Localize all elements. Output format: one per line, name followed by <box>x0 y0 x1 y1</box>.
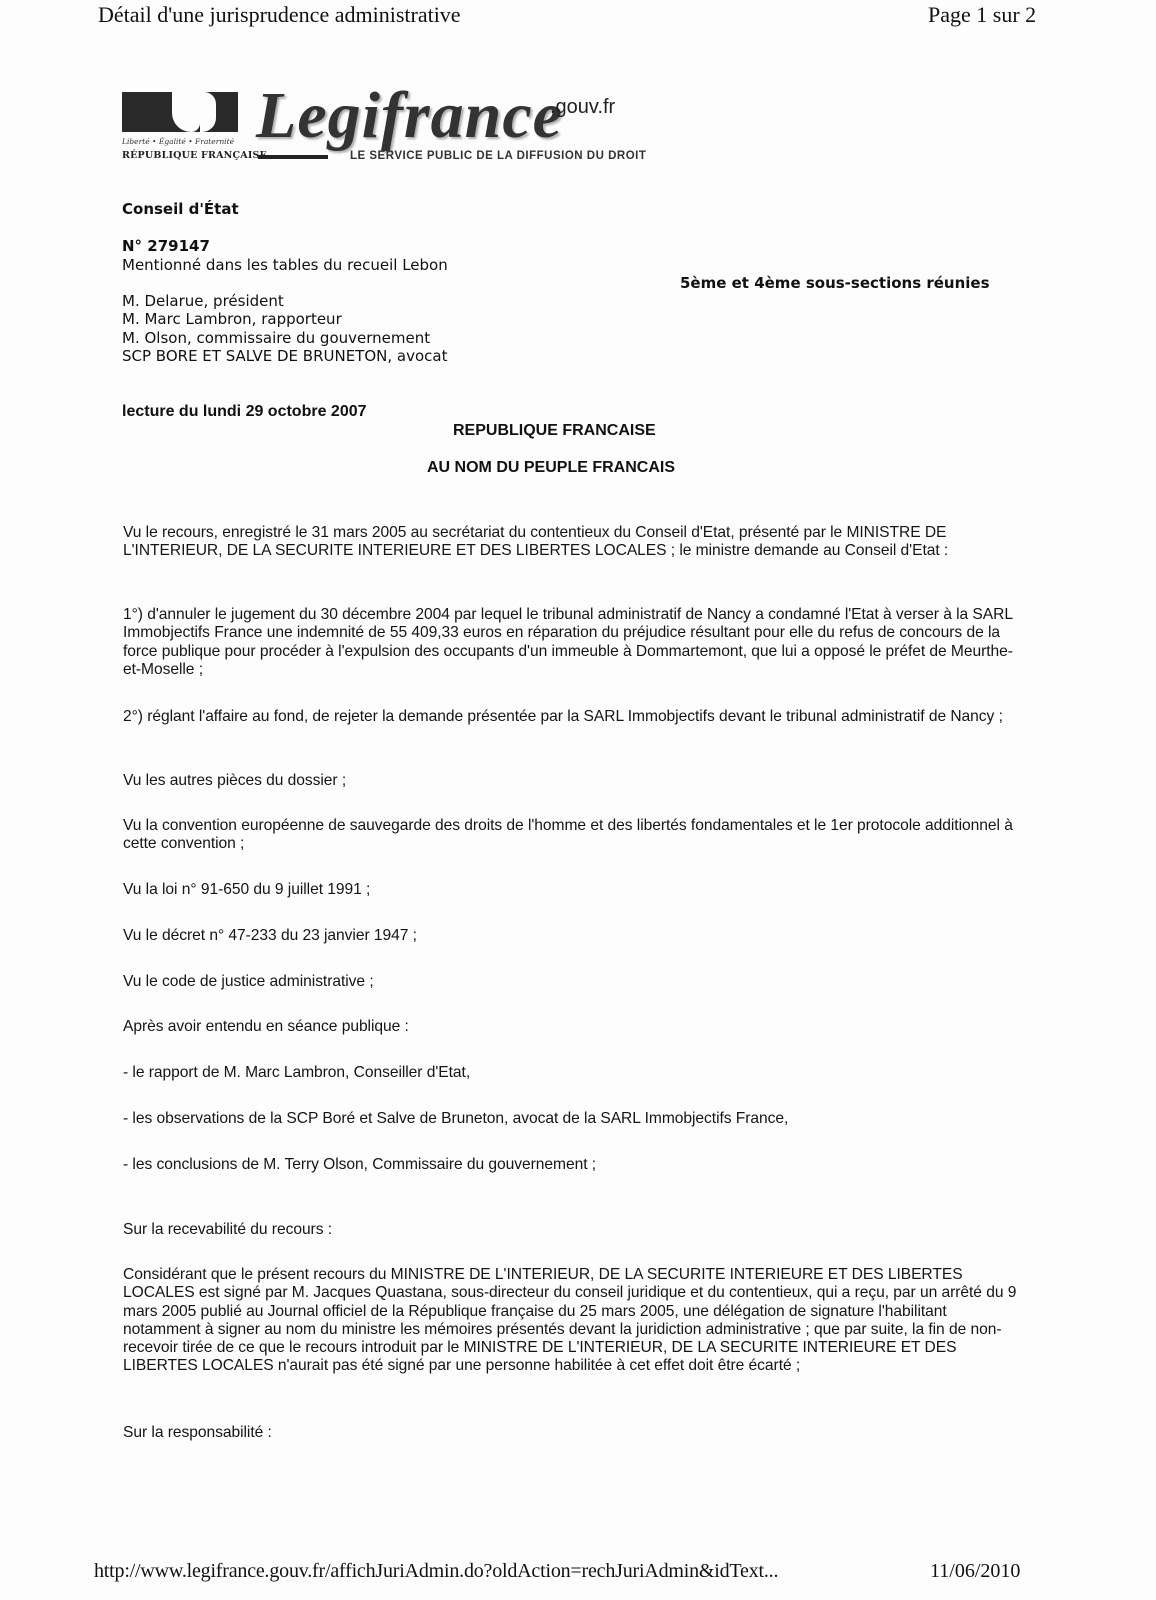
paragraph-conclusion-1: 1°) d'annuler le jugement du 30 décembre… <box>123 606 1023 679</box>
republic-heading: REPUBLIQUE FRANCAISE <box>453 422 656 441</box>
republic-name: RÉPUBLIQUE FRANÇAISE <box>122 150 267 161</box>
people-heading: AU NOM DU PEUPLE FRANCAIS <box>427 459 675 478</box>
paragraph-vu-decret: Vu le décret n° 47-233 du 23 janvier 194… <box>123 927 1023 945</box>
legifrance-domain: .gouv.fr <box>550 96 615 119</box>
section-heading-recevabilite: Sur la recevabilité du recours : <box>123 1221 1023 1239</box>
paragraph-vu-loi: Vu la loi n° 91-650 du 9 juillet 1991 ; <box>123 881 1023 899</box>
paragraph-observations: - les observations de la SCP Boré et Sal… <box>123 1110 1023 1128</box>
republic-motto: Liberté • Égalité • Fraternité <box>122 137 234 146</box>
legifrance-tagline: LE SERVICE PUBLIC DE LA DIFFUSION DU DRO… <box>350 150 646 162</box>
print-footer-url: http://www.legifrance.gouv.fr/affichJuri… <box>94 1560 778 1583</box>
court-name: Conseil d'État <box>122 200 239 219</box>
paragraph-audience: Après avoir entendu en séance publique : <box>123 1018 1023 1036</box>
marianne-logo-icon <box>122 92 238 132</box>
paragraph-vu-convention: Vu la convention européenne de sauvegard… <box>123 817 1023 854</box>
print-header-title: Détail d'une jurisprudence administrativ… <box>98 2 461 28</box>
reading-date: lecture du lundi 29 octobre 2007 <box>122 403 367 422</box>
paragraph-conclusion-2: 2°) réglant l'affaire au fond, de rejete… <box>123 708 1023 726</box>
print-header-page-number: Page 1 sur 2 <box>928 2 1036 28</box>
decision-number: N° 279147 <box>122 237 210 256</box>
member-commissaire: M. Olson, commissaire du gouvernement <box>122 329 430 348</box>
member-rapporteur: M. Marc Lambron, rapporteur <box>122 310 342 329</box>
member-avocat: SCP BORE ET SALVE DE BRUNETON, avocat <box>122 347 447 366</box>
paragraph-vu-code: Vu le code de justice administrative ; <box>123 973 1023 991</box>
logo-divider <box>258 155 328 159</box>
paragraph-rapport: - le rapport de M. Marc Lambron, Conseil… <box>123 1064 1023 1082</box>
subsections: 5ème et 4ème sous-sections réunies <box>680 274 990 293</box>
paragraph-recours: Vu le recours, enregistré le 31 mars 200… <box>123 524 1023 561</box>
lebon-mention: Mentionné dans les tables du recueil Leb… <box>122 256 448 275</box>
paragraph-considerant: Considérant que le présent recours du MI… <box>123 1266 1023 1376</box>
print-footer-date: 11/06/2010 <box>930 1560 1020 1583</box>
legifrance-logo: Legifrance <box>256 78 563 154</box>
paragraph-vu-pieces: Vu les autres pièces du dossier ; <box>123 772 1023 790</box>
section-heading-responsabilite: Sur la responsabilité : <box>123 1424 1023 1442</box>
paragraph-conclusions: - les conclusions de M. Terry Olson, Com… <box>123 1156 1023 1174</box>
member-president: M. Delarue, président <box>122 292 284 311</box>
